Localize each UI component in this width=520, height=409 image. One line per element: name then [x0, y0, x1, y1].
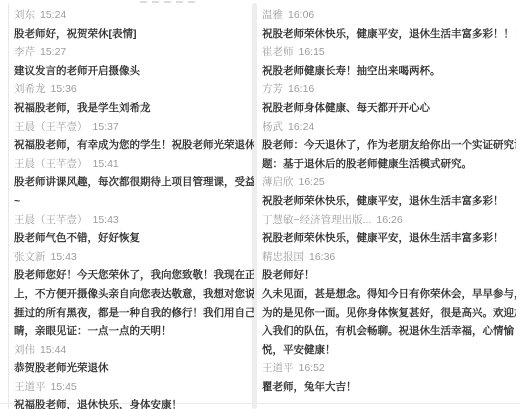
sender-name: 王道平	[14, 381, 46, 393]
sender-name: 精忠报国	[262, 251, 304, 263]
message-sender-line: 温雅16:06	[262, 6, 516, 25]
message-timestamp: 16:36	[309, 251, 335, 263]
message-timestamp: 16:06	[288, 9, 314, 21]
message-timestamp: 15:24	[40, 9, 66, 21]
chat-column-left[interactable]: 刘东15:24股老师好，祝贺荣休[表情]李芹15:27建议发言的老师开启摄像头刘…	[14, 6, 254, 409]
message-timestamp: 15:41	[93, 158, 119, 170]
message-sender-line: 王晨（王芊壹）15:43	[14, 211, 254, 230]
message-timestamp: 15:45	[51, 381, 77, 393]
sender-name: 薄启欣	[262, 176, 294, 188]
message-timestamp: 16:15	[299, 46, 325, 58]
message-timestamp: 15:43	[51, 251, 77, 263]
clipped-text-fragment	[140, 1, 198, 3]
message-text: 瞿老师，兔年大吉！	[262, 378, 516, 397]
message-text: 祝股老师荣休快乐，健康平安，退休生活丰富多彩！！！	[262, 25, 516, 44]
sender-name: 刘东	[14, 9, 35, 21]
message-text: 祝股老师健康长寿！抽空出来喝两杯。	[262, 62, 516, 81]
message-sender-line: 王道平16:52	[262, 359, 516, 378]
message-sender-line: 张文新15:43	[14, 248, 254, 267]
message-sender-line: 刘伟15:44	[14, 341, 254, 360]
message-text: 股老师好，祝贺荣休[表情]	[14, 25, 254, 44]
chat-column-right[interactable]: 温雅16:06祝股老师荣休快乐，健康平安，退休生活丰富多彩！！！崔老师16:15…	[262, 6, 516, 409]
chat-log-page: 刘东15:24股老师好，祝贺荣休[表情]李芹15:27建议发言的老师开启摄像头刘…	[0, 0, 520, 409]
sender-name: 崔老师	[262, 46, 294, 58]
message-timestamp: 15:36	[51, 83, 77, 95]
message-text: 股老师：今天退休了，作为老朋友给你出一个实证研究课 题：基于退休后的股老师健康生…	[262, 136, 516, 173]
message-timestamp: 15:27	[40, 46, 66, 58]
message-timestamp: 15:37	[93, 121, 119, 133]
message-timestamp: 16:24	[288, 121, 314, 133]
message-timestamp: 16:25	[299, 176, 325, 188]
message-timestamp: 16:26	[376, 214, 402, 226]
sender-name: 李芹	[14, 46, 35, 58]
message-text: 股老师好！ 久未见面，甚是想念。得知今日有你荣休会，早早参与， 为的是见你一面。…	[262, 266, 516, 359]
message-text: 股老师您好！今天您荣休了，我向您致敬！我现在正在路 上，不方便开摄像头亲自向您表…	[14, 266, 254, 340]
message-text: 祝股老师荣休快乐，健康平安，退休生活丰富多彩！	[262, 229, 516, 248]
message-sender-line: 精忠报国16:36	[262, 248, 516, 267]
sender-name: 张文新	[14, 251, 46, 263]
sender-name: 刘希龙	[14, 83, 46, 95]
message-sender-line: 刘东15:24	[14, 6, 254, 25]
message-sender-line: 崔老师16:15	[262, 43, 516, 62]
message-sender-line: 王道平15:45	[14, 378, 254, 397]
message-timestamp: 15:43	[93, 214, 119, 226]
sender-name: 丁慧敏~经济管理出版...	[262, 214, 371, 226]
message-timestamp: 16:52	[299, 362, 325, 374]
message-text: 股老师气色不错，好好恢复	[14, 229, 254, 248]
left-edge-line	[8, 4, 9, 409]
sender-name: 王晨（王芊壹）	[14, 158, 88, 170]
message-timestamp: 15:44	[40, 344, 66, 356]
message-sender-line: 王晨（王芊壹）15:41	[14, 155, 254, 174]
message-sender-line: 杨武16:24	[262, 118, 516, 137]
message-text: 建议发言的老师开启摄像头	[14, 62, 254, 81]
message-text: 祝福股老师，有幸成为您的学生！祝股老师光荣退休！	[14, 136, 254, 155]
sender-name: 杨武	[262, 121, 283, 133]
sender-name: 王晨（王芊壹）	[14, 121, 88, 133]
message-sender-line: 丁慧敏~经济管理出版...16:26	[262, 211, 516, 230]
message-text: 祝福股老师，我是学生刘希龙	[14, 99, 254, 118]
message-sender-line: 刘希龙15:36	[14, 80, 254, 99]
message-text: 恭贺股老师光荣退休	[14, 359, 254, 378]
message-sender-line: 王晨（王芊壹）15:37	[14, 118, 254, 137]
message-text: 股老师讲课风趣，每次都很期待上项目管理课，受益匪浅 ~	[14, 173, 254, 210]
sender-name: 方芳	[262, 83, 283, 95]
sender-name: 王道平	[262, 362, 294, 374]
message-text: 祝股老师身体健康、每天都开开心心	[262, 99, 516, 118]
sender-name: 王晨（王芊壹）	[14, 214, 88, 226]
message-timestamp: 16:16	[288, 83, 314, 95]
message-text: 祝股老师荣休快乐，健康平安，退休生活丰富多彩！	[262, 192, 516, 211]
sender-name: 刘伟	[14, 344, 35, 356]
message-text: 祝福股老师，退休快乐，身体安康！	[14, 396, 254, 409]
message-sender-line: 李芹15:27	[14, 43, 254, 62]
sender-name: 温雅	[262, 9, 283, 21]
message-sender-line: 方芳16:16	[262, 80, 516, 99]
message-sender-line: 薄启欣16:25	[262, 173, 516, 192]
